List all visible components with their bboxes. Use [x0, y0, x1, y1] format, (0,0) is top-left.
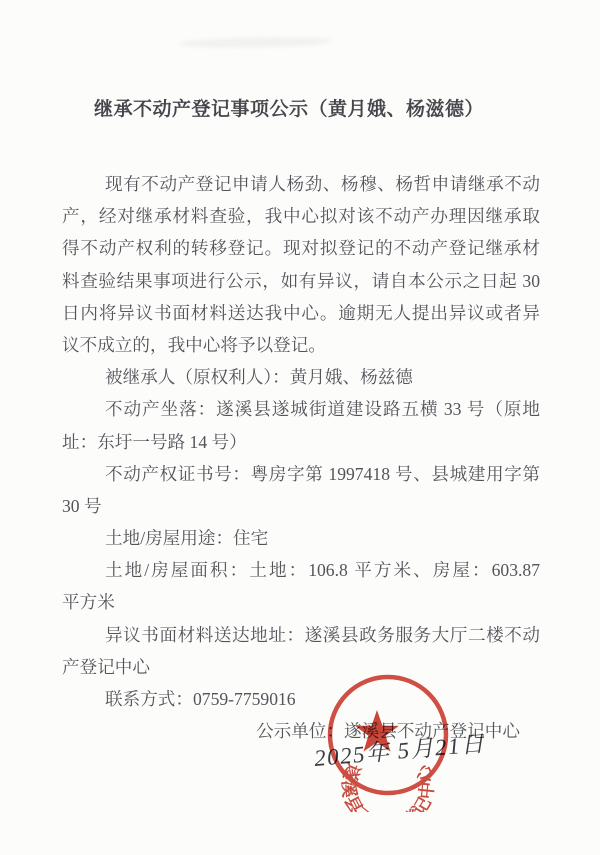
contact-line: 联系方式：0759-7759016 [62, 683, 540, 715]
body-line: 议不成立的，我中心将予以登记。 [62, 329, 540, 361]
scanned-notice-page: 继承不动产登记事项公示（黄月娥、杨滋德） 现有不动产登记申请人杨劲、杨穆、杨哲申… [0, 0, 600, 855]
notice-content: 继承不动产登记事项公示（黄月娥、杨滋德） 现有不动产登记申请人杨劲、杨穆、杨哲申… [62, 96, 540, 747]
body-line: 料查验结果事项进行公示，如有异议，请自本公示之日起 30 [62, 265, 540, 297]
body-line: 得不动产权利的转移登记。现对拟登记的不动产登记继承材 [62, 232, 540, 264]
body-line: 日内将异议书面材料送达我中心。逾期无人提出异议或者异 [62, 297, 540, 329]
land-use-line: 土地/房屋用途：住宅 [62, 522, 540, 554]
scan-smudge [178, 37, 333, 49]
objection-address-line: 产登记中心 [62, 651, 540, 683]
notice-body: 现有不动产登记申请人杨劲、杨穆、杨哲申请继承不动 产，经对继承材料查验，我中心拟… [62, 168, 540, 715]
decedents-line: 被继承人（原权利人）：黄月娥、杨兹德 [62, 361, 540, 393]
area-line: 土地/房屋面积：土地：106.8 平方米、房屋：603.87 [62, 554, 540, 586]
certificate-number-line: 不动产权证书号：粤房字第 1997418 号、县城建用字第 [62, 458, 540, 490]
objection-address-line: 异议书面材料送达地址：遂溪县政务服务大厅二楼不动 [62, 619, 540, 651]
certificate-number-line: 30 号 [62, 490, 540, 522]
property-location-line: 址：东圩一号路 14 号） [62, 426, 540, 458]
area-line: 平方米 [62, 586, 540, 618]
notice-title: 继承不动产登记事项公示（黄月娥、杨滋德） [50, 96, 528, 123]
property-location-line: 不动产坐落：遂溪县遂城街道建设路五横 33 号（原地 [62, 393, 540, 425]
body-line: 产，经对继承材料查验，我中心拟对该不动产办理因继承取 [62, 200, 540, 232]
body-line: 现有不动产登记申请人杨劲、杨穆、杨哲申请继承不动 [62, 168, 540, 200]
